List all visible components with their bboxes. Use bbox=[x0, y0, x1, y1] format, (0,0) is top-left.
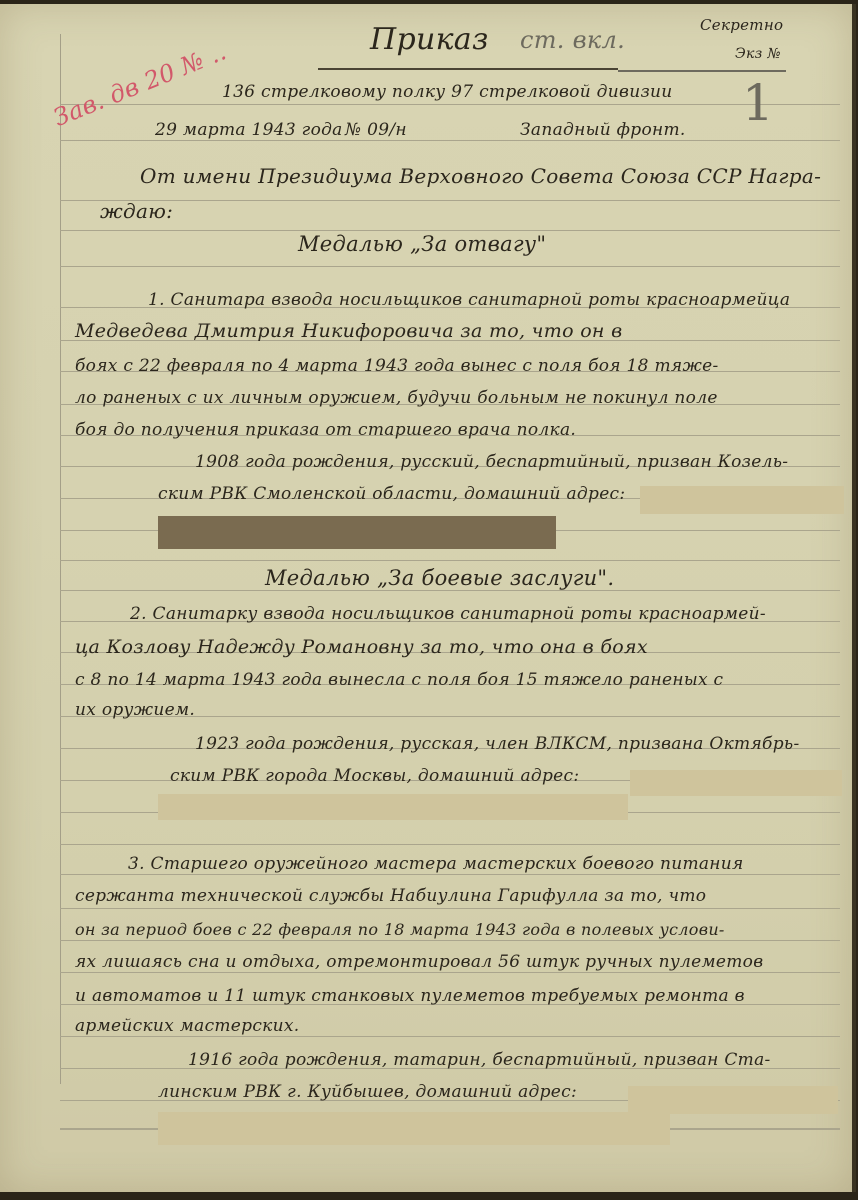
ruled-line bbox=[60, 972, 840, 973]
secret-stamp: Секретно bbox=[700, 16, 783, 34]
item-2-line: 2. Санитарку взвода носильщиков санитарн… bbox=[130, 604, 766, 624]
preamble-line-1: От имени Президиума Верховного Совета Со… bbox=[140, 164, 821, 188]
ruled-line bbox=[60, 200, 840, 201]
ruled-line bbox=[60, 560, 840, 561]
unit-line: 136 стрелковому полку 97 стрелковой диви… bbox=[222, 82, 673, 102]
pencil-note: ст. вкл. bbox=[520, 26, 625, 54]
item-2-bio: 1923 года рождения, русская, член ВЛКСМ,… bbox=[195, 734, 800, 754]
red-pencil-annotation: Зав. дв 20 № .. bbox=[50, 37, 231, 132]
copy-number: 1 bbox=[742, 74, 774, 132]
item-2-line: с 8 по 14 марта 1943 года вынесла с поля… bbox=[75, 670, 723, 690]
ruled-line bbox=[60, 908, 840, 909]
item-1-bio: ским РВК Смоленской области, домашний ад… bbox=[158, 484, 625, 504]
preamble-line-2: ждаю: bbox=[100, 199, 173, 223]
redaction-bar bbox=[630, 770, 842, 796]
copy-number-label: Экз № bbox=[735, 46, 781, 62]
item-2-line: их оружием. bbox=[75, 700, 195, 720]
ruled-line bbox=[60, 230, 840, 231]
redaction-bar bbox=[628, 1086, 838, 1114]
item-3-line: и автоматов и 11 штук станковых пулемето… bbox=[75, 986, 745, 1006]
document-page: Зав. дв 20 № .. Приказ ст. вкл. Секретно… bbox=[0, 4, 856, 1194]
ruled-line bbox=[60, 874, 840, 875]
item-1-line: ло раненых с их личным оружием, будучи б… bbox=[75, 388, 718, 408]
title-underline bbox=[318, 68, 618, 70]
ruled-line bbox=[60, 1036, 840, 1037]
redaction-bar bbox=[158, 794, 628, 820]
ruled-line bbox=[60, 140, 840, 141]
item-2-bio: ским РВК города Москвы, домашний адрес: bbox=[170, 766, 579, 786]
item-2-line: ца Козлову Надежду Романовну за то, что … bbox=[75, 636, 648, 658]
item-1-line: боя до получения приказа от старшего вра… bbox=[75, 420, 576, 440]
front-name: Западный фронт. bbox=[520, 120, 686, 140]
award-heading-merit: Медалью „За боевые заслуги". bbox=[265, 566, 614, 590]
ruled-line bbox=[60, 844, 840, 845]
scan-edge bbox=[0, 1192, 858, 1200]
ruled-line bbox=[60, 104, 840, 105]
item-3-line: сержанта технической службы Набиулина Га… bbox=[75, 886, 706, 906]
item-3-line: армейских мастерских. bbox=[75, 1016, 299, 1036]
order-date: 29 марта 1943 года bbox=[155, 120, 343, 140]
redaction-bar bbox=[158, 1112, 670, 1145]
ruled-line bbox=[60, 940, 840, 941]
document-title: Приказ bbox=[370, 22, 489, 57]
item-1-line: боях с 22 февраля по 4 марта 1943 года в… bbox=[75, 356, 719, 376]
order-number: № 09/н bbox=[345, 120, 407, 140]
ruled-line bbox=[60, 266, 840, 267]
ruled-line bbox=[60, 590, 840, 591]
redaction-bar bbox=[640, 486, 844, 514]
item-1-line: 1. Санитара взвода носильщиков санитарно… bbox=[148, 290, 790, 310]
item-3-bio: линским РВК г. Куйбышев, домашний адрес: bbox=[158, 1082, 577, 1102]
item-3-line: он за период боев с 22 февраля по 18 мар… bbox=[75, 920, 725, 939]
award-heading-bravery: Медалью „За отвагу" bbox=[298, 232, 546, 256]
item-3-bio: 1916 года рождения, татарин, беспартийны… bbox=[188, 1050, 771, 1070]
item-3-line: ях лишаясь сна и отдыха, отремонтировал … bbox=[75, 952, 763, 972]
margin-line bbox=[60, 34, 61, 1084]
redaction-bar bbox=[158, 516, 556, 549]
pencil-underline bbox=[618, 70, 786, 72]
item-1-line: Медведева Дмитрия Никифоровича за то, чт… bbox=[75, 320, 622, 342]
item-1-bio: 1908 года рождения, русский, беспартийны… bbox=[195, 452, 788, 472]
item-3-line: 3. Старшего оружейного мастера мастерски… bbox=[128, 854, 744, 874]
